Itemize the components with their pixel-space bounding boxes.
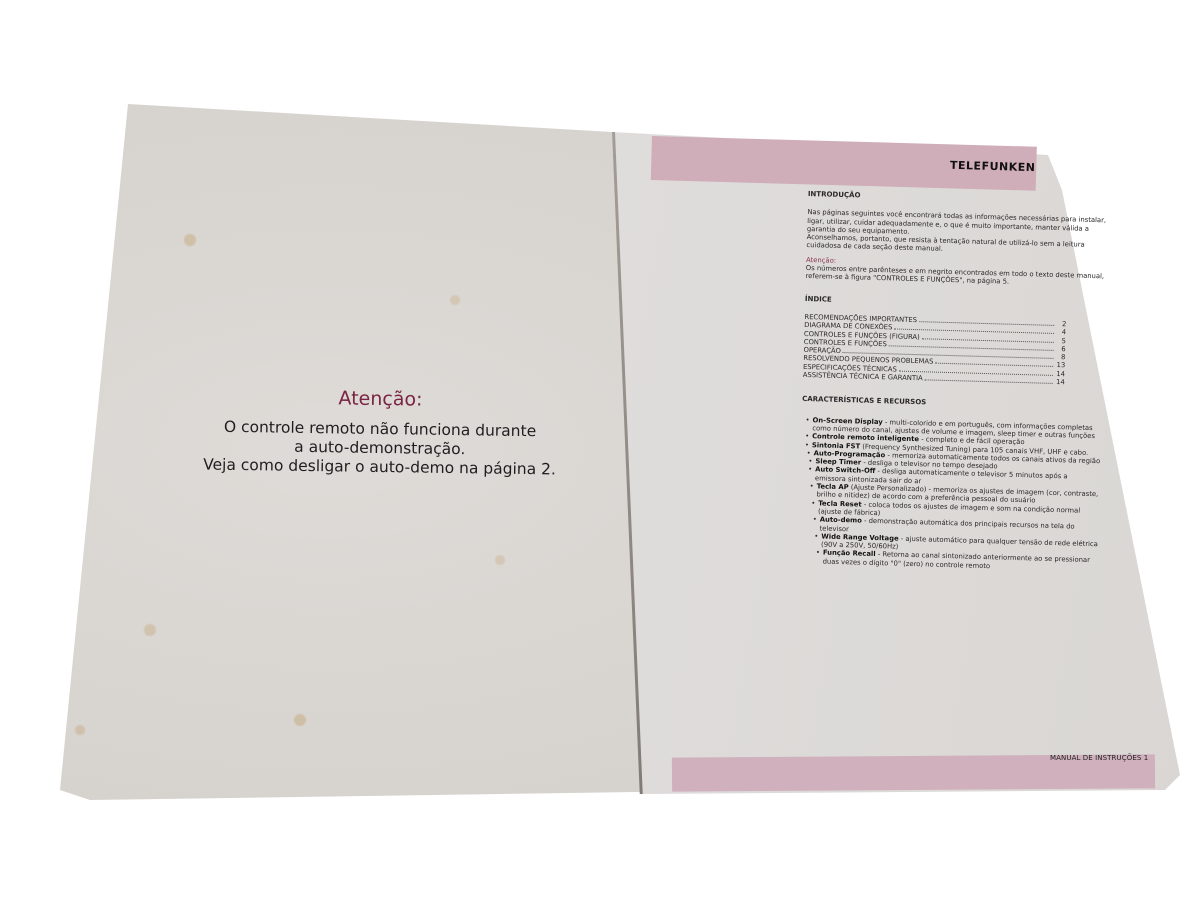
attention-heading: Atenção:	[190, 385, 570, 412]
brand-logo: TELEFUNKEN	[950, 159, 1036, 174]
index-section: ÍNDICE RECOMENDAÇÕES IMPORTANTES2 DIAGRA…	[803, 295, 1105, 388]
attention-notice: Atenção: O controle remoto não funciona …	[189, 385, 570, 479]
footer-page-label: MANUAL DE INSTRUÇÕES 1	[1050, 754, 1148, 762]
index-heading: ÍNDICE	[805, 295, 1105, 312]
features-heading: CARACTERÍSTICAS E RECURSOS	[802, 395, 1102, 412]
right-page-content: INTRODUÇÃO Nas páginas seguintes você en…	[797, 190, 1108, 580]
features-list: On-Screen Display - multi-colorido e em …	[798, 416, 1102, 574]
